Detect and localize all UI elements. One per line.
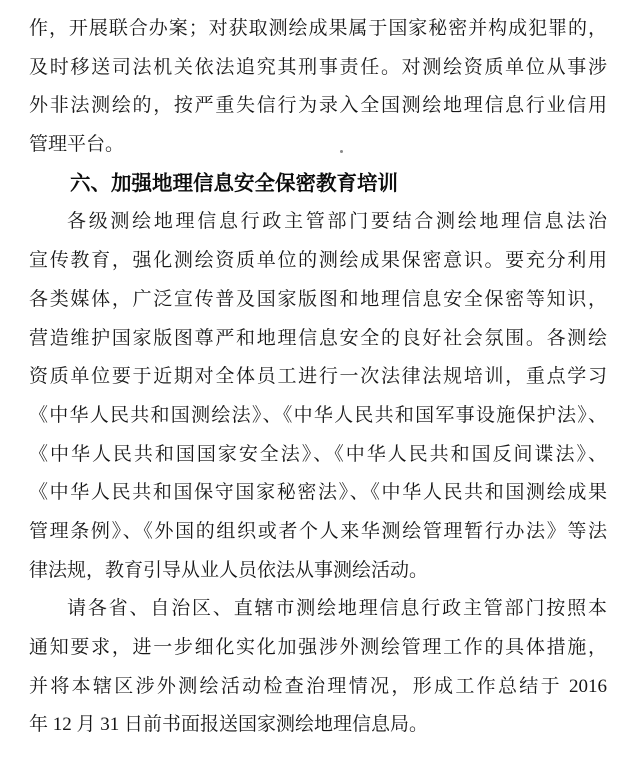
document-line: 《中华人民共和国测绘法》、《中华人民共和国军事设施保护法》、	[29, 397, 607, 436]
document-line: 营造维护国家版图尊严和地理信息安全的良好社会氛围。各测绘	[29, 320, 607, 359]
document-line: 及时移送司法机关依法追究其刑事责任。对测绘资质单位从事涉	[29, 49, 607, 88]
document-line: 管理平台。	[29, 126, 607, 165]
document-line: 通知要求，进一步细化实化加强涉外测绘管理工作的具体措施，	[29, 629, 607, 668]
document-page: 作，开展联合办案；对获取测绘成果属于国家秘密并构成犯罪的，及时移送司法机关依法追…	[0, 0, 631, 771]
document-line: 作，开展联合办案；对获取测绘成果属于国家秘密并构成犯罪的，	[29, 10, 607, 49]
document-line: 并将本辖区涉外测绘活动检查治理情况，形成工作总结于 2016	[29, 668, 607, 707]
document-line: 宣传教育，强化测绘资质单位的测绘成果保密意识。要充分利用	[29, 242, 607, 281]
document-line: 年 12 月 31 日前书面报送国家测绘地理信息局。	[29, 706, 607, 745]
scan-speck-artifact	[340, 150, 343, 153]
document-line: 管理条例》、《外国的组织或者个人来华测绘管理暂行办法》等法	[29, 513, 607, 552]
document-line: 《中华人民共和国国家安全法》、《中华人民共和国反间谍法》、	[29, 436, 607, 475]
document-line: 《中华人民共和国保守国家秘密法》、《中华人民共和国测绘成果	[29, 474, 607, 513]
document-line: 请各省、自治区、直辖市测绘地理信息行政主管部门按照本	[29, 590, 607, 629]
section-heading: 六、加强地理信息安全保密教育培训	[29, 165, 607, 204]
document-line: 资质单位要于近期对全体员工进行一次法律法规培训，重点学习	[29, 358, 607, 397]
document-line: 各级测绘地理信息行政主管部门要结合测绘地理信息法治	[29, 203, 607, 242]
document-line: 各类媒体，广泛宣传普及国家版图和地理信息安全保密等知识，	[29, 281, 607, 320]
document-line: 外非法测绘的，按严重失信行为录入全国测绘地理信息行业信用	[29, 87, 607, 126]
document-line: 律法规，教育引导从业人员依法从事测绘活动。	[29, 552, 607, 591]
document-text-block: 作，开展联合办案；对获取测绘成果属于国家秘密并构成犯罪的，及时移送司法机关依法追…	[29, 10, 607, 745]
